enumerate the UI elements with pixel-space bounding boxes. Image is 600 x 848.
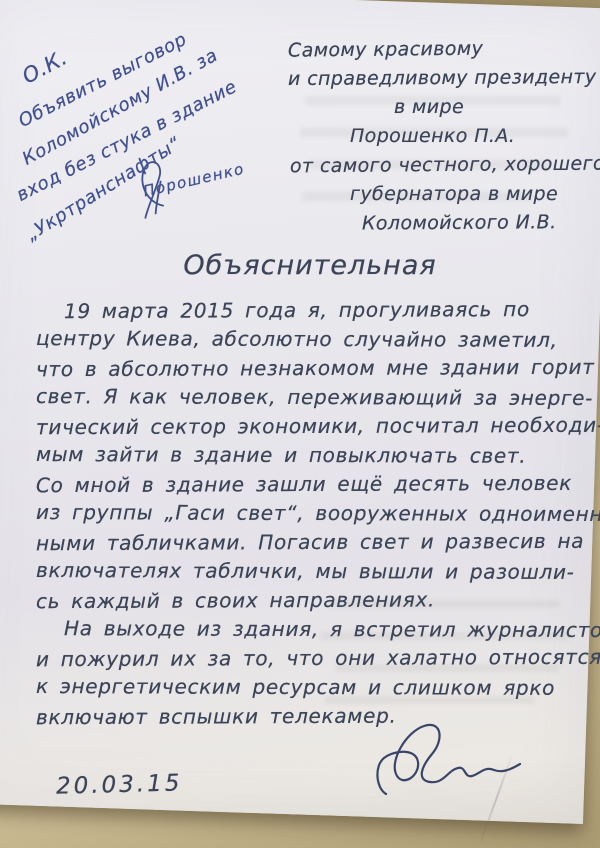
address-line: Коломойского И.В. bbox=[288, 211, 592, 242]
body-line: и пожурил их за то, что они халатно отно… bbox=[36, 645, 588, 676]
document-title: Объяснительная bbox=[0, 250, 600, 281]
body-text: 19 марта 2015 года я, прогуливаясь по це… bbox=[36, 298, 588, 733]
author-signature bbox=[372, 718, 532, 814]
date-text: 20.03.15 bbox=[56, 770, 183, 799]
body-line: из группы „Гаси свет“, вооруженных однои… bbox=[36, 500, 588, 531]
address-line: Самому красивому bbox=[288, 36, 592, 68]
body-line: мым зайти в здание и повыключать свет. bbox=[36, 442, 588, 473]
resolution-line: О.К. bbox=[18, 45, 71, 88]
address-header: Самому красивому и справедливому президе… bbox=[288, 38, 592, 241]
body-line: ными табличками. Погасив свет и развесив… bbox=[36, 529, 588, 560]
address-line: Порошенко П.А. bbox=[288, 125, 592, 154]
body-line: центру Киева, абсолютно случайно заметил… bbox=[36, 326, 588, 357]
body-line: свет. Я как человек, переживающий за эне… bbox=[36, 384, 588, 415]
signature-flourish-icon bbox=[123, 153, 182, 224]
body-line: тический сектор экономики, посчитал необ… bbox=[36, 413, 588, 444]
address-line: от самого честного, хорошего bbox=[288, 153, 592, 185]
address-line: губернатора в мире bbox=[288, 183, 592, 212]
body-line: к энергетическим ресурсам и слишком ярко bbox=[36, 674, 588, 705]
poroshenko-signature: Порошенко bbox=[141, 159, 246, 201]
document-content: О.К. Объявить выговор Коломойскому И.В. … bbox=[0, 0, 600, 848]
body-line: 19 марта 2015 года я, прогуливаясь по bbox=[36, 297, 588, 328]
body-line: что в абсолютно незнакомом мне здании го… bbox=[36, 355, 588, 386]
body-line: На выходе из здания, я встретил журналис… bbox=[36, 616, 588, 647]
address-line: в мире bbox=[288, 96, 592, 125]
body-line: включателях таблички, мы вышли и разошли… bbox=[36, 558, 588, 589]
address-line: и справедливому президенту bbox=[288, 66, 592, 97]
body-line: сь каждый в своих направлениях. bbox=[36, 587, 588, 618]
signature-flourish-icon bbox=[372, 718, 532, 810]
body-line: Со мной в здание зашли ещё десять челове… bbox=[36, 471, 588, 502]
